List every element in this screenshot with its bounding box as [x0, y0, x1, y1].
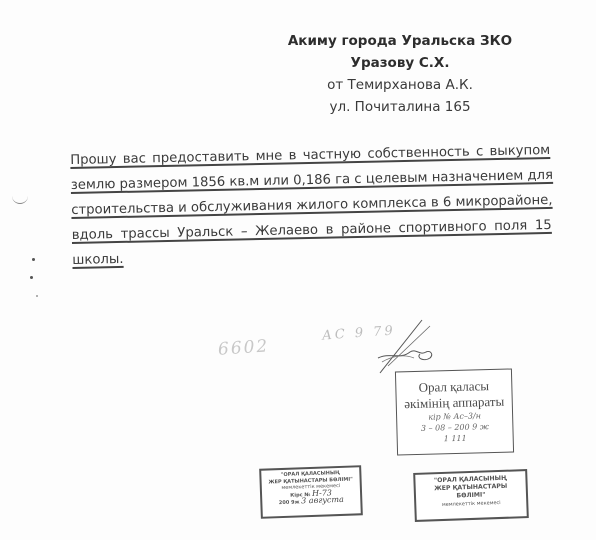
land-registry-stamp: "ОРАЛ ҚАЛАСЫНЫҢ ЖЕР ҚАТЫНАСТАРЫ БӨЛІМІ" … [259, 465, 363, 519]
sender-name: от Темирханова А.К. [250, 74, 550, 96]
scan-speck [36, 295, 38, 297]
stamp-entry-date-label: 200 9ж [279, 499, 300, 506]
stamp-title-line2: әкімінің аппараты [397, 394, 512, 413]
request-body: Прошу вас предоставить мне в частную соб… [70, 138, 553, 273]
body-line: школы. [72, 247, 124, 273]
addressee-block: Акиму города Уральска ЗКО Уразову С.Х. о… [250, 30, 550, 118]
land-department-stamp: "ОРАЛ ҚАЛАСЫНЫҢ ЖЕР ҚАТЫНАСТАРЫ БӨЛІМІ" … [413, 469, 529, 522]
stamp-entry-date: 3 августа [301, 495, 344, 505]
addressee-name: Уразову С.Х. [250, 52, 550, 74]
scan-speck [30, 276, 33, 279]
faint-handwritten-number: 6602 [217, 336, 270, 360]
sender-address: ул. Почиталина 165 [250, 96, 550, 118]
akimat-registration-stamp: Орал қаласы әкімінің аппараты кір № Ас–3… [395, 368, 514, 455]
scan-speck [32, 258, 35, 261]
scanned-document-page: Акиму города Уральска ЗКО Уразову С.Х. о… [0, 0, 596, 540]
signature [370, 318, 440, 378]
scan-artifact-arc [12, 195, 28, 204]
stamp-entry-number: 1 111 [398, 431, 513, 445]
addressee-akim: Акиму города Уральска ЗКО [250, 30, 550, 52]
